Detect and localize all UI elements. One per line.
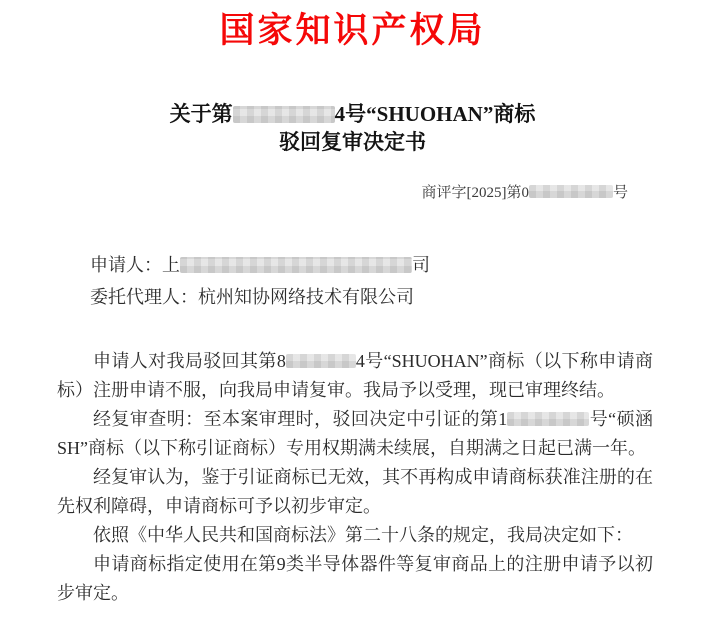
document-title-line2: 驳回复审决定书 <box>0 128 705 156</box>
paragraph-case-intro: 申请人对我局驳回其第84号“SHUOHAN”商标（以下称申请商标）注册申请不服，… <box>57 347 653 405</box>
applicant-line: 申请人：上司 <box>90 249 705 281</box>
paragraph-legal-basis: 依照《中华人民共和国商标法》第二十八条的规定，我局决定如下： <box>57 521 653 550</box>
decision-body: 申请人对我局驳回其第84号“SHUOHAN”商标（以下称申请商标）注册申请不服，… <box>57 347 653 608</box>
agent-line: 委托代理人：杭州知协网络技术有限公司 <box>90 281 705 313</box>
paragraph-decision: 申请商标指定使用在第9类半导体器件等复审商品上的注册申请予以初步审定。 <box>57 550 653 608</box>
parties-section: 申请人：上司 委托代理人：杭州知协网络技术有限公司 <box>90 249 705 313</box>
agent-label: 委托代理人： <box>90 287 198 307</box>
agency-title: 国家知识产权局 <box>0 0 705 51</box>
agent-name: 杭州知协网络技术有限公司 <box>198 287 414 307</box>
document-page: 国家知识产权局 关于第4号“SHUOHAN”商标 驳回复审决定书 商评字[202… <box>0 0 705 637</box>
reference-number-suffix: 号 <box>613 185 628 201</box>
applicant-name-prefix: 上 <box>162 255 180 275</box>
reference-number: 商评字[2025]第0号 <box>0 181 705 202</box>
redacted-applicant-name <box>180 257 412 273</box>
title-line1-prefix: 关于第 <box>170 102 233 126</box>
reference-number-prefix: 商评字[2025]第0 <box>421 185 529 201</box>
document-title: 关于第4号“SHUOHAN”商标 驳回复审决定书 <box>0 100 705 156</box>
paragraph-findings: 经复审查明：至本案审理时，驳回决定中引证的第1号“硕涵SH”商标（以下称引证商标… <box>57 405 653 463</box>
document-title-line1: 关于第4号“SHUOHAN”商标 <box>0 100 705 128</box>
applicant-label: 申请人： <box>90 255 162 275</box>
para2-prefix: 经复审查明：至本案审理时，驳回决定中引证的第1 <box>93 409 507 429</box>
redacted-trademark-number <box>286 354 356 368</box>
applicant-name-suffix: 司 <box>412 255 430 275</box>
para1-prefix: 申请人对我局驳回其第8 <box>93 351 286 371</box>
redacted-reference-number <box>529 185 613 198</box>
redacted-cited-trademark-number <box>507 412 589 426</box>
redacted-trademark-number <box>233 106 335 123</box>
paragraph-opinion: 经复审认为，鉴于引证商标已无效，其不再构成申请商标获准注册的在先权利障碍，申请商… <box>57 463 653 521</box>
title-line1-suffix: 4号“SHUOHAN”商标 <box>335 102 536 126</box>
